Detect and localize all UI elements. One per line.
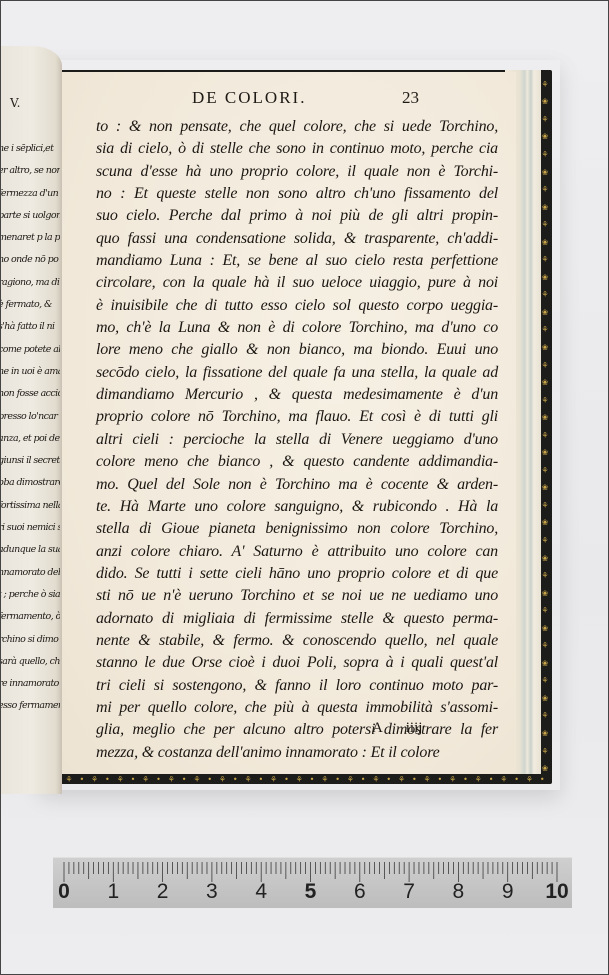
left-text-fragment: t ; perche ò sia xyxy=(0,584,60,606)
left-text-fragment: parte si uolgon xyxy=(0,205,60,227)
left-text-fragment: sarà quello, che xyxy=(0,651,60,673)
text-line: adornato di migliaia di fermissime stell… xyxy=(96,608,498,630)
gilt-ornament-icon: • xyxy=(131,776,136,784)
gilt-ornament-icon: ❀ xyxy=(542,169,549,177)
gilt-ornament-icon: ❀ xyxy=(542,730,549,738)
gilt-ornament-icon: ⚘ xyxy=(541,256,548,264)
gilt-ornament-icon: ⚘ xyxy=(526,776,533,784)
left-text-fragment: rchino si dimo xyxy=(0,629,60,651)
text-line: mezza, & costanza dell'animo innamorato … xyxy=(96,742,498,764)
text-line: circolare, con la quale hà il suo ueloce… xyxy=(96,272,498,294)
gilt-ornament-icon: ❀ xyxy=(542,204,549,212)
gilt-ornament-icon: ⚘ xyxy=(91,776,98,784)
gilt-ornament-icon: ⚘ xyxy=(541,677,548,685)
left-text-fragment: ne i sēplici,et xyxy=(0,138,60,160)
gilt-ornament-icon: • xyxy=(386,776,391,784)
text-line: stella di Gioue pianeta benignissimo non… xyxy=(96,518,498,540)
left-text-fragment: non fosse accio xyxy=(0,383,60,405)
gilt-ornament-icon: ⚘ xyxy=(168,776,175,784)
gilt-ornament-icon: ❀ xyxy=(542,344,549,352)
text-line: anzi colore chiaro. A' Saturno è attribu… xyxy=(96,541,498,563)
gilt-ornament-icon: ⚘ xyxy=(541,712,548,720)
gilt-ornament-icon: ❀ xyxy=(542,133,549,141)
left-text-fragment: re innamorato xyxy=(0,673,60,695)
left-text-fragment: giunsi il secreto xyxy=(0,450,60,472)
gilt-ornament-icon: ⚘ xyxy=(372,776,379,784)
gilt-edge-bottom: ⚘•⚘•⚘•⚘•⚘•⚘•⚘•⚘•⚘•⚘•⚘•⚘•⚘•⚘•⚘•⚘•⚘•⚘•⚘• xyxy=(62,776,548,784)
gilt-ornament-icon: • xyxy=(284,776,289,784)
gilt-ornament-icon: ⚘ xyxy=(500,776,507,784)
ruler-label: 5 xyxy=(305,880,317,904)
gilt-ornament-icon: ⚘ xyxy=(541,607,548,615)
gilt-ornament-icon: ⚘ xyxy=(541,432,548,440)
gilt-ornament-icon: ⚘ xyxy=(541,186,548,194)
ruler-label: 2 xyxy=(157,880,169,904)
gilt-ornament-icon: • xyxy=(540,776,545,784)
text-line: no : Et queste stelle non sono altro ch'… xyxy=(96,183,498,205)
gilt-ornament-icon: ⚘ xyxy=(270,776,277,784)
text-line: proprio colore nō Torchino, ma flauo. Et… xyxy=(96,406,498,428)
gilt-ornament-icon: ⚘ xyxy=(193,776,200,784)
left-text-fragment: fortissima nella xyxy=(0,495,60,517)
gilt-ornament-icon: • xyxy=(361,776,366,784)
text-line: mo, ch'è la Luna & non è di colore Torch… xyxy=(96,317,498,339)
text-line: è inuisibile che di tutto esso cielo sol… xyxy=(96,295,498,317)
ruler-label: 8 xyxy=(453,880,465,904)
text-line: colore meno che bianco , & questo canden… xyxy=(96,451,498,473)
text-line: lore meno che giallo & non bianco, ma bi… xyxy=(96,339,498,361)
left-text-fragment: come potete al xyxy=(0,339,60,361)
left-text-fragment: nnamorato deb xyxy=(0,562,60,584)
gilt-ornament-icon: ❀ xyxy=(542,239,549,247)
left-text-fragment: bba dimostrare xyxy=(0,472,60,494)
gilt-ornament-icon: • xyxy=(514,776,519,784)
gilt-ornament-icon: ⚘ xyxy=(541,326,548,334)
left-text-fragment: anza, et poi del xyxy=(0,428,60,450)
text-line: dimandiamo Mercurio , & questa medesimam… xyxy=(96,384,498,406)
text-line: to : & non pensate, che quel colore, che… xyxy=(96,116,498,138)
left-text-fragment: esso fermamen xyxy=(0,695,60,717)
text-line: mi per quello colore, che più à questa i… xyxy=(96,697,498,719)
gilt-ornament-icon: • xyxy=(335,776,340,784)
gilt-ornament-icon: • xyxy=(463,776,468,784)
gilt-ornament-icon: ⚘ xyxy=(541,467,548,475)
gilt-ornament-icon: • xyxy=(182,776,187,784)
gilt-edge-right: ⚘❀⚘❀⚘❀⚘❀⚘❀⚘❀⚘❀⚘❀⚘❀⚘❀⚘❀⚘❀⚘❀⚘❀⚘❀⚘❀⚘❀⚘❀⚘❀⚘❀ xyxy=(540,76,550,778)
gilt-ornament-icon: • xyxy=(105,776,110,784)
left-page-marker: V. xyxy=(10,96,20,110)
gilt-ornament-icon: ⚘ xyxy=(117,776,124,784)
gilt-ornament-icon: ⚘ xyxy=(398,776,405,784)
gilt-ornament-icon: • xyxy=(258,776,263,784)
measurement-ruler: 012345678910 xyxy=(53,857,572,908)
gilt-ornament-icon: ❀ xyxy=(542,309,549,317)
gilt-ornament-icon: ⚘ xyxy=(449,776,456,784)
left-page: V. ne i sēplici,eter altro, se nonfermez… xyxy=(0,46,62,794)
text-line: suo cielo. Perche dal primo à noi più de… xyxy=(96,205,498,227)
gilt-ornament-icon: ⚘ xyxy=(541,221,548,229)
gilt-ornament-icon: ❀ xyxy=(542,519,549,527)
gilt-ornament-icon: ⚘ xyxy=(541,362,548,370)
gilt-ornament-icon: ⚘ xyxy=(541,537,548,545)
left-text-fragment: ne in uoi è ama xyxy=(0,361,60,383)
ruler-labels: 012345678910 xyxy=(53,880,572,908)
signature-mark: A iiij xyxy=(372,720,422,737)
left-text-fragment: è fermato, & xyxy=(0,294,60,316)
left-text-fragment: menaret p la po xyxy=(0,227,60,249)
text-line: quo fassi una condensatione solida, & tr… xyxy=(96,228,498,250)
gilt-ornament-icon: ⚘ xyxy=(541,116,548,124)
text-line: dido. Se tutti i sette cieli hāno uno pr… xyxy=(96,563,498,585)
ruler-label: 0 xyxy=(58,880,70,904)
gilt-ornament-icon: ⚘ xyxy=(424,776,431,784)
gilt-ornament-icon: ❀ xyxy=(542,695,549,703)
left-text-fragment: s'hà fatto il ni xyxy=(0,316,60,338)
text-line: mandiamo Luna : Et, se bene al suo cielo… xyxy=(96,250,498,272)
text-line: mo. Quel del Sole non è Torchino ma è co… xyxy=(96,474,498,496)
gilt-ornament-icon: ❀ xyxy=(542,414,549,422)
left-text-fragment: adunque la sua xyxy=(0,539,60,561)
text-line: sti nō ue n'è ueruno Torchino et se noi … xyxy=(96,585,498,607)
gilt-ornament-icon: ⚘ xyxy=(541,151,548,159)
gilt-ornament-icon: ❀ xyxy=(542,765,549,773)
ruler-label: 1 xyxy=(107,880,119,904)
gilt-ornament-icon: • xyxy=(438,776,443,784)
gilt-ornament-icon: ⚘ xyxy=(541,291,548,299)
gilt-ornament-icon: ⚘ xyxy=(541,81,548,89)
gilt-ornament-icon: ❀ xyxy=(542,449,549,457)
gilt-ornament-icon: ❀ xyxy=(542,98,549,106)
ruler-label: 7 xyxy=(403,880,415,904)
text-line: glia, meglio che per alcuno altro poters… xyxy=(96,719,498,741)
gilt-ornament-icon: ⚘ xyxy=(541,642,548,650)
text-line: scuna d'esse hà uno proprio colore, il q… xyxy=(96,161,498,183)
ruler-label: 4 xyxy=(255,880,267,904)
gilt-ornament-icon: ❀ xyxy=(542,484,549,492)
gilt-ornament-icon: ⚘ xyxy=(244,776,251,784)
gilt-ornament-icon: • xyxy=(79,776,84,784)
gilt-ornament-icon: ⚘ xyxy=(347,776,354,784)
text-line: tri cieli si sostengono, & fanno il loro… xyxy=(96,675,498,697)
text-line: sia di cielo, ò di stelle che sono in co… xyxy=(96,138,498,160)
gilt-ornament-icon: ⚘ xyxy=(541,502,548,510)
ruler-label: 6 xyxy=(354,880,366,904)
ruler-label: 9 xyxy=(502,880,514,904)
gilt-ornament-icon: • xyxy=(207,776,212,784)
running-head: DE COLORI. xyxy=(192,88,306,108)
page-number: 23 xyxy=(402,88,419,108)
gilt-ornament-icon: ❀ xyxy=(542,555,549,563)
left-page-text: ne i sēplici,eter altro, se nonfermezza … xyxy=(0,138,60,718)
gilt-ornament-icon: ⚘ xyxy=(142,776,149,784)
gilt-ornament-icon: ❀ xyxy=(542,590,549,598)
gilt-ornament-icon: ❀ xyxy=(542,379,549,387)
text-line: secōdo cielo, la fissatione del quale fa… xyxy=(96,362,498,384)
ruler-label: 10 xyxy=(545,880,568,904)
gilt-ornament-icon: ❀ xyxy=(542,625,549,633)
left-text-fragment: fermamento, ò xyxy=(0,606,60,628)
text-line: altri cieli : percioche la stella di Ven… xyxy=(96,429,498,451)
ruler-label: 3 xyxy=(206,880,218,904)
gilt-ornament-icon: ❀ xyxy=(542,274,549,282)
text-line: nente & stabile, & fermo. & conoscendo q… xyxy=(96,630,498,652)
left-text-fragment: ragiono, ma di xyxy=(0,272,60,294)
left-text-fragment: no onde nō po xyxy=(0,249,60,271)
text-line: stanno le due Orse cioè i duoi Poli, sop… xyxy=(96,652,498,674)
gilt-ornament-icon: ⚘ xyxy=(321,776,328,784)
left-text-fragment: ri suoi nemici se xyxy=(0,517,60,539)
ruler-ticks xyxy=(53,858,572,882)
gilt-ornament-icon: ❀ xyxy=(542,660,549,668)
gilt-ornament-icon: ⚘ xyxy=(541,572,548,580)
gilt-ornament-icon: ⚘ xyxy=(219,776,226,784)
gilt-ornament-icon: ⚘ xyxy=(475,776,482,784)
gilt-ornament-icon: • xyxy=(310,776,315,784)
gilt-ornament-icon: ⚘ xyxy=(296,776,303,784)
text-line: te. Hà Marte uno colore sanguigno, & rub… xyxy=(96,496,498,518)
gilt-ornament-icon: ⚘ xyxy=(65,776,72,784)
page-text-block: to : & non pensate, che quel colore, che… xyxy=(96,116,498,764)
gilt-ornament-icon: • xyxy=(233,776,238,784)
left-text-fragment: fermezza d'un xyxy=(0,183,60,205)
left-text-fragment: er altro, se non xyxy=(0,160,60,182)
gilt-ornament-icon: • xyxy=(412,776,417,784)
gilt-ornament-icon: ⚘ xyxy=(541,397,548,405)
gilt-ornament-icon: • xyxy=(489,776,494,784)
gilt-ornament-icon: • xyxy=(156,776,161,784)
gilt-ornament-icon: ⚘ xyxy=(541,748,548,756)
left-text-fragment: presso lo'ncar xyxy=(0,406,60,428)
